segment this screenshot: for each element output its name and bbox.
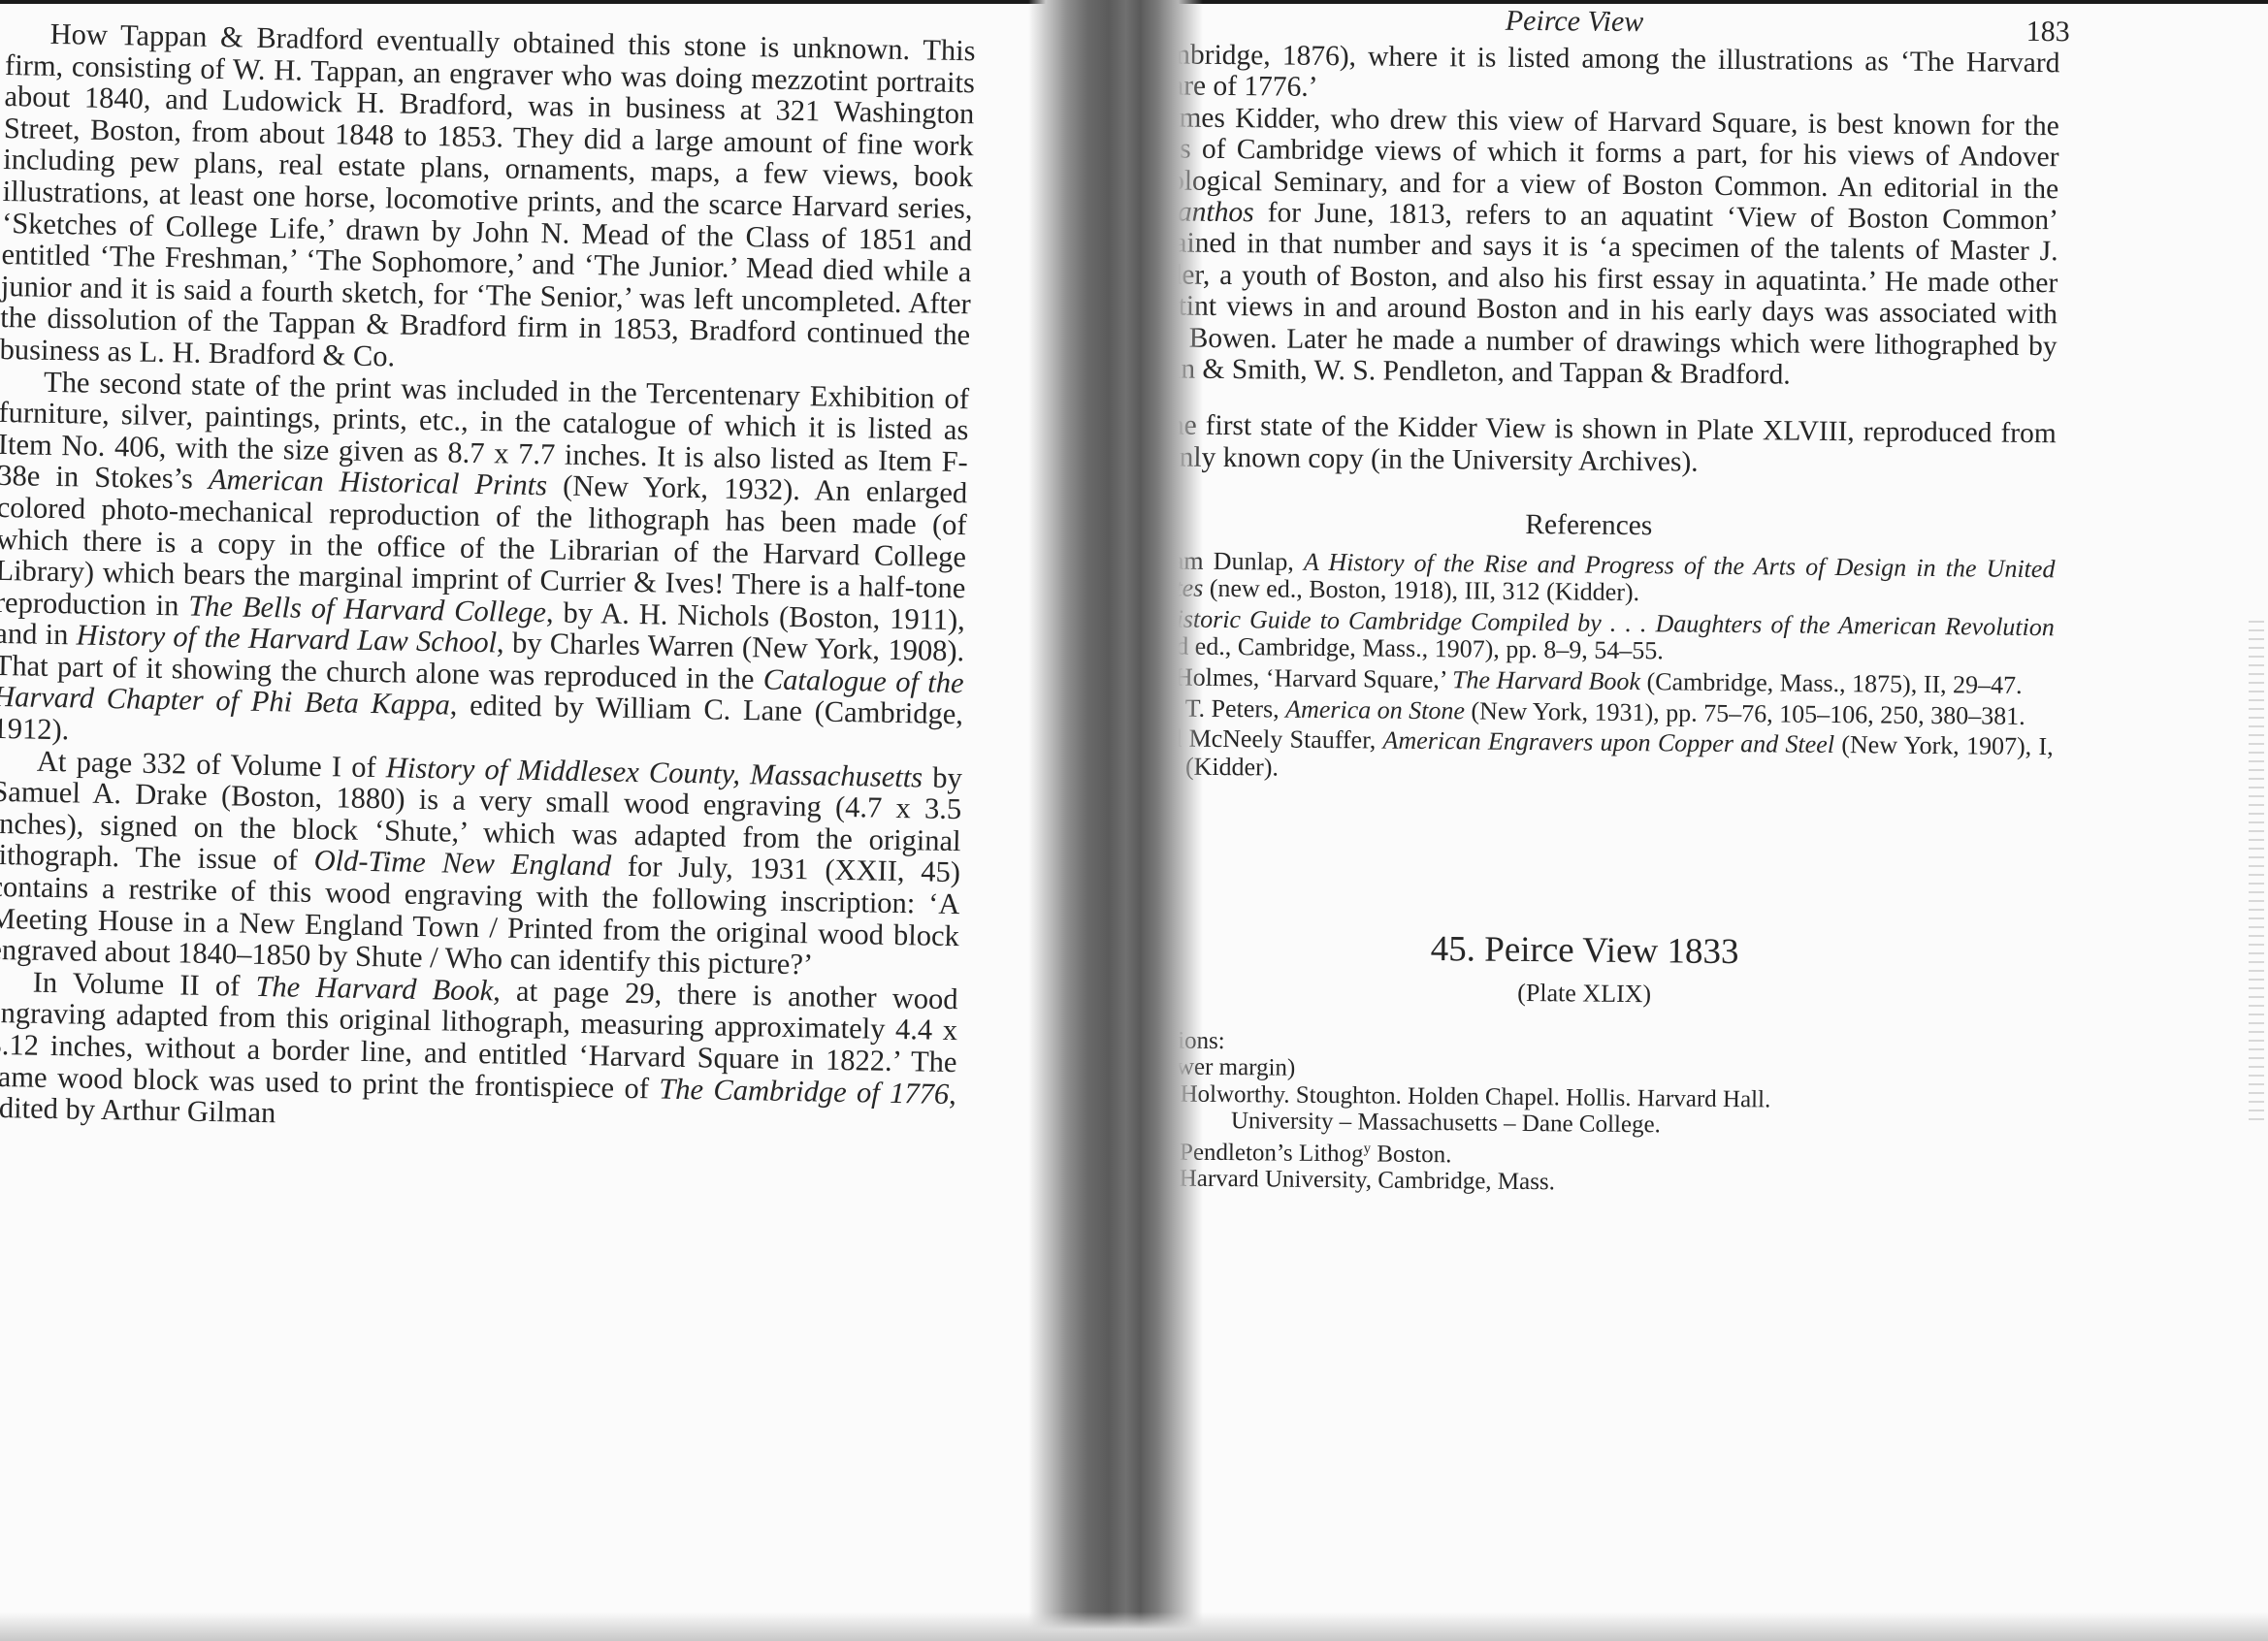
scan-bottom-edge [0, 1612, 2268, 1641]
italic-title: The Harvard Book [1452, 665, 1640, 695]
inscription-text: Pendleton’s Lithog [1180, 1139, 1364, 1167]
inscription-text: Boston. [1371, 1141, 1452, 1168]
paragraph: In Volume II of The Harvard Book, at pag… [0, 966, 958, 1142]
entry-plate-ref: (Plate XLIX) [1118, 974, 2051, 1014]
reference-item: David McNeely Stauffer, American Engrave… [1119, 724, 2054, 788]
paragraph: (Cambridge, 1876), where it is listed am… [1126, 39, 2060, 111]
paragraph: At page 332 of Volume I of History of Mi… [0, 745, 962, 983]
italic-title: America on Stone [1285, 694, 1465, 724]
right-page: Peirce View 183 (Cambridge, 1876), where… [1116, 0, 2060, 1201]
entry-heading: 45. Peirce View 1833 [1118, 925, 2051, 977]
paragraph: James Kidder, who drew this view of Harv… [1123, 102, 2059, 394]
text-run: (New York, 1931), pp. 75–76, 105–106, 25… [1465, 696, 2025, 730]
scan-edge-artifact [2249, 621, 2264, 1125]
italic-title: American Engravers upon Copper and Steel [1382, 726, 1834, 758]
text-run: (Cambridge, 1876), where it is listed am… [1126, 39, 2060, 103]
book-spread: How Tappan & Bradford eventually obtaine… [0, 0, 2268, 1641]
reference-item: William Dunlap, A History of the Rise an… [1121, 547, 2056, 611]
inscriptions-block: Inscriptions: (in lower margin) (1) Holw… [1116, 1027, 2051, 1201]
page-number: 183 [2026, 16, 2070, 48]
text-run: for June, 1813, refers to an aquatint ‘V… [1123, 197, 2058, 390]
paragraph: The first state of the Kidder View is sh… [1122, 409, 2057, 481]
references-heading: References [1122, 505, 2056, 546]
text-run: How Tappan & Bradford eventually obtaine… [0, 17, 976, 373]
inscriptions-list: (1) Holworthy. Stoughton. Holden Chapel.… [1116, 1080, 2050, 1201]
text-run: (2nd ed., Cambridge, Mass., 1907), pp. 8… [1142, 632, 1664, 665]
text-run: The first state of the Kidder View is sh… [1122, 410, 2057, 478]
text-run: (Cambridge, Mass., 1875), II, 29–47. [1640, 667, 2023, 699]
references-list: William Dunlap, A History of the Rise an… [1119, 547, 2055, 789]
text-run: James Kidder, who drew this view of Harv… [1125, 102, 2059, 205]
left-page: How Tappan & Bradford eventually obtaine… [0, 17, 976, 1142]
running-title: Peirce View [1506, 6, 1644, 39]
book-gutter-shadow [1028, 0, 1203, 1641]
paragraph: How Tappan & Bradford eventually obtaine… [0, 17, 976, 383]
reference-item: An Historic Guide to Cambridge Compiled … [1120, 605, 2055, 669]
italic-title: The Cambridge of 1776 [659, 1072, 949, 1110]
inscription-text: Harvard University, Cambridge, Mass. [1180, 1166, 1555, 1196]
paragraph: The second state of the print was includ… [0, 365, 969, 761]
text-run: (new ed., Boston, 1918), III, 312 (Kidde… [1203, 574, 1639, 606]
right-body-text: (Cambridge, 1876), where it is listed am… [1122, 39, 2059, 481]
